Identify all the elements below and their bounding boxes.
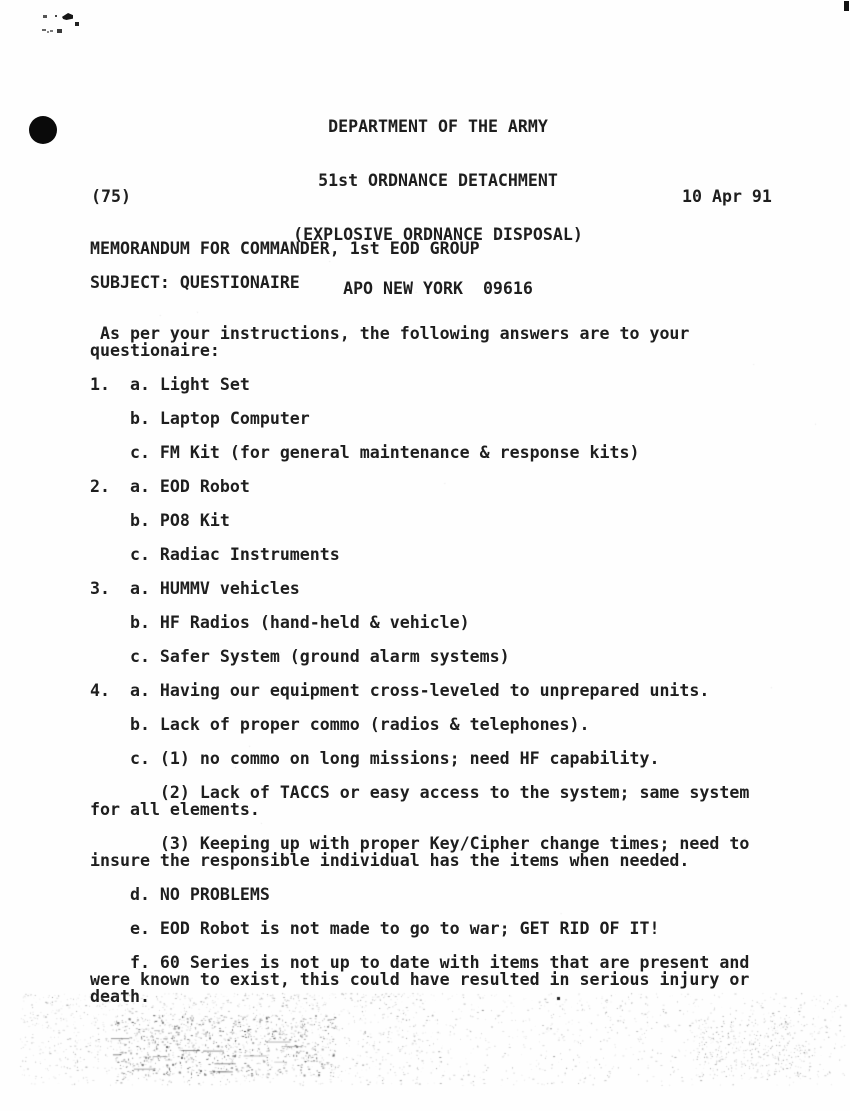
scan-speck bbox=[62, 13, 73, 20]
scan-speck bbox=[75, 22, 79, 26]
scan-speck bbox=[42, 29, 46, 31]
scanned-memo-page: DEPARTMENT OF THE ARMY 51st ORDNANCE DET… bbox=[0, 0, 850, 1111]
scan-speck bbox=[43, 15, 47, 18]
letterhead-line: DEPARTMENT OF THE ARMY bbox=[26, 118, 850, 136]
scan-speck bbox=[55, 15, 57, 17]
scan-speck bbox=[47, 31, 49, 33]
scan-corner-mark bbox=[844, 1, 849, 11]
memo-date: 10 Apr 91 bbox=[682, 188, 772, 205]
memo-body-text: MEMORANDUM FOR COMMANDER, 1st EOD GROUP … bbox=[90, 240, 749, 1005]
scan-speck bbox=[57, 29, 62, 33]
scan-speck bbox=[50, 30, 53, 32]
office-symbol: (75) bbox=[91, 188, 131, 205]
